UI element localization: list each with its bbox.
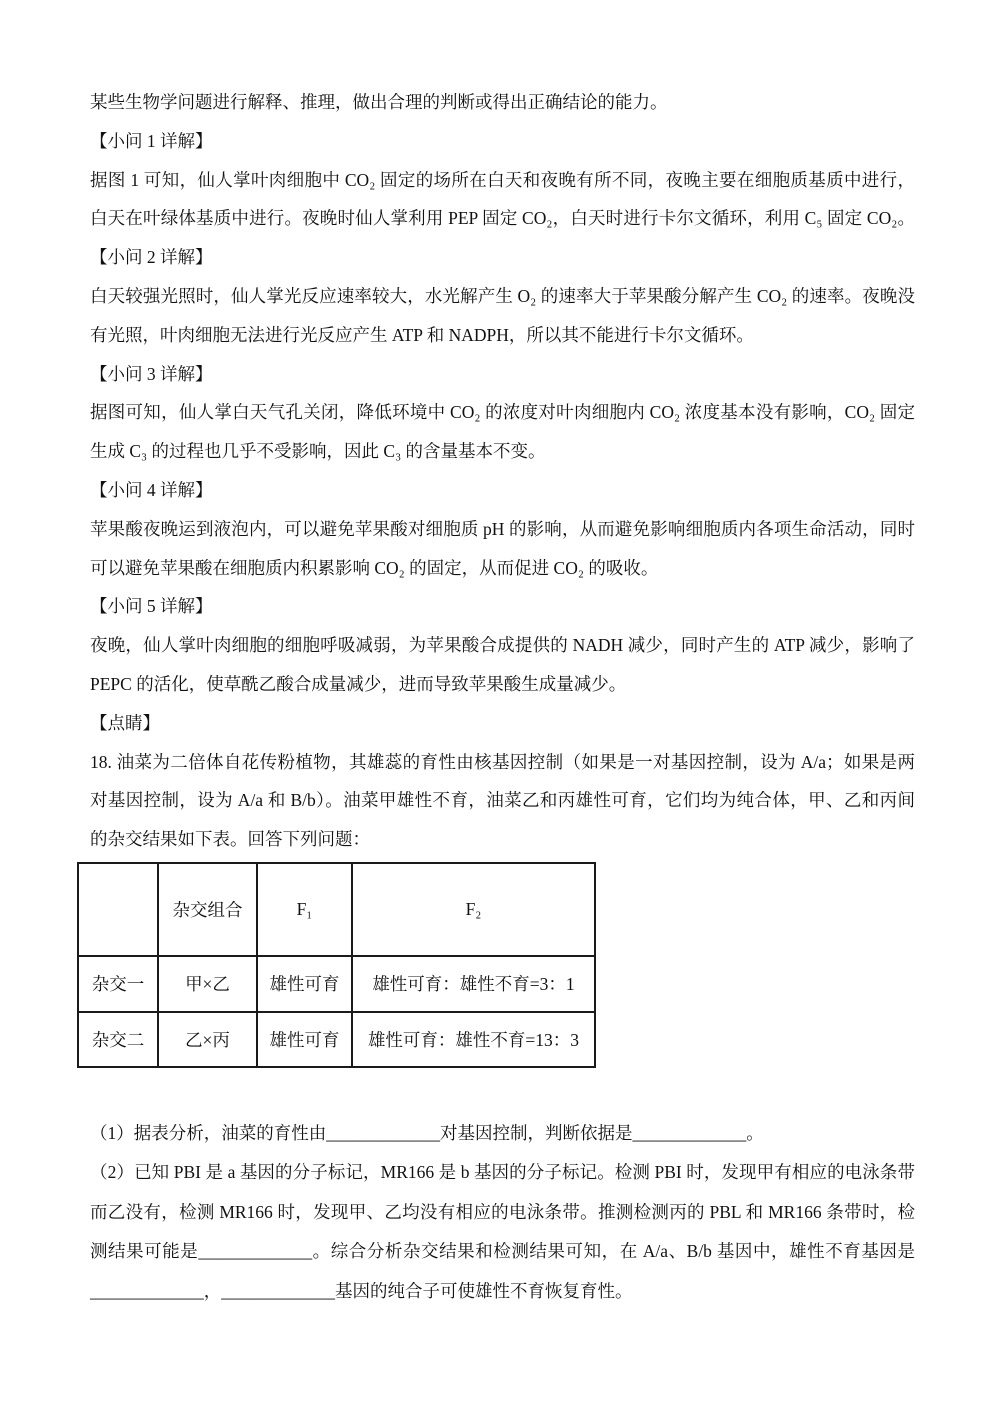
table-cell: 雄性可育: [257, 1012, 352, 1067]
body-line: 某些生物学问题进行解释、推理，做出合理的判断或得出正确结论的能力。: [90, 83, 915, 122]
question-line: 而乙没有，检测 MR166 时，发现甲、乙均没有相应的电泳条带。推测检测丙的 P…: [90, 1193, 915, 1233]
body-line: 白天较强光照时，仙人掌光反应速率较大，水光解产生 O₂ 的速率大于苹果酸分解产生…: [90, 277, 915, 316]
question-line: 测结果可能是_____________。综合分析杂交结果和检测结果可知，在 A/…: [90, 1232, 915, 1272]
table-header-cell: F₂: [352, 863, 595, 956]
table-row: 杂交一 甲×乙 雄性可育 雄性可育：雄性不育=3：1: [78, 956, 595, 1012]
body-line: 据图 1 可知，仙人掌叶肉细胞中 CO₂ 固定的场所在白天和夜晚有所不同，夜晚主…: [90, 161, 915, 200]
section-heading: 【小问 5 详解】: [90, 587, 915, 626]
question-18-intro-line: 对基因控制，设为 A/a 和 B/b）。油菜甲雄性不育，油菜乙和丙雄性可育，它们…: [90, 781, 915, 820]
table-cell: 杂交一: [78, 956, 158, 1012]
body-line: 有光照，叶肉细胞无法进行光反应产生 ATP 和 NADPH，所以其不能进行卡尔文…: [90, 316, 915, 355]
question-18-intro-line: 18. 油菜为二倍体自花传粉植物，其雄蕊的育性由核基因控制（如果是一对基因控制，…: [90, 743, 915, 782]
body-line: 夜晚，仙人掌叶肉细胞的细胞呼吸减弱，为苹果酸合成提供的 NADH 减少，同时产生…: [90, 626, 915, 665]
table-row: 杂交二 乙×丙 雄性可育 雄性可育：雄性不育=13：3: [78, 1012, 595, 1067]
question-line: （2）已知 PBI 是 a 基因的分子标记，MR166 是 b 基因的分子标记。…: [90, 1153, 915, 1193]
table-header-cell: 杂交组合: [158, 863, 257, 956]
question-line: （1）据表分析，油菜的育性由_____________对基因控制，判断依据是__…: [90, 1114, 915, 1154]
body-line: PEPC 的活化，使草酰乙酸合成量减少，进而导致苹果酸生成量减少。: [90, 665, 915, 704]
document-page: 某些生物学问题进行解释、推理，做出合理的判断或得出正确结论的能力。 【小问 1 …: [90, 83, 915, 1311]
section-heading: 【小问 4 详解】: [90, 471, 915, 510]
table-cell: 雄性可育：雄性不育=13：3: [352, 1012, 595, 1067]
table-cell: 杂交二: [78, 1012, 158, 1067]
table-cell: 雄性可育: [257, 956, 352, 1012]
question-line: _____________，_____________基因的纯合子可使雄性不育恢…: [90, 1272, 915, 1312]
body-line: 生成 C₃ 的过程也几乎不受影响，因此 C₃ 的含量基本不变。: [90, 432, 915, 471]
body-line: 白天在叶绿体基质中进行。夜晚时仙人掌利用 PEP 固定 CO₂，白天时进行卡尔文…: [90, 199, 915, 238]
table-cell: 雄性可育：雄性不育=3：1: [352, 956, 595, 1012]
cross-results-table: 杂交组合 F₁ F₂ 杂交一 甲×乙 雄性可育 雄性可育：雄性不育=3：1 杂交…: [77, 862, 596, 1068]
table-header-cell: [78, 863, 158, 956]
body-line: 可以避免苹果酸在细胞质内积累影响 CO₂ 的固定，从而促进 CO₂ 的吸收。: [90, 549, 915, 588]
section-heading: 【小问 3 详解】: [90, 355, 915, 394]
question-18-subquestions: （1）据表分析，油菜的育性由_____________对基因控制，判断依据是__…: [90, 1114, 915, 1312]
table-cell: 甲×乙: [158, 956, 257, 1012]
table-header-cell: F₁: [257, 863, 352, 956]
table-header-row: 杂交组合 F₁ F₂: [78, 863, 595, 956]
table-cell: 乙×丙: [158, 1012, 257, 1067]
body-line: 苹果酸夜晚运到液泡内，可以避免苹果酸对细胞质 pH 的影响，从而避免影响细胞质内…: [90, 510, 915, 549]
body-line: 据图可知，仙人掌白天气孔关闭，降低环境中 CO₂ 的浓度对叶肉细胞内 CO₂ 浓…: [90, 393, 915, 432]
section-heading: 【小问 2 详解】: [90, 238, 915, 277]
section-heading: 【点睛】: [90, 704, 915, 743]
section-heading: 【小问 1 详解】: [90, 122, 915, 161]
question-18-intro-line: 的杂交结果如下表。回答下列问题：: [90, 820, 915, 859]
